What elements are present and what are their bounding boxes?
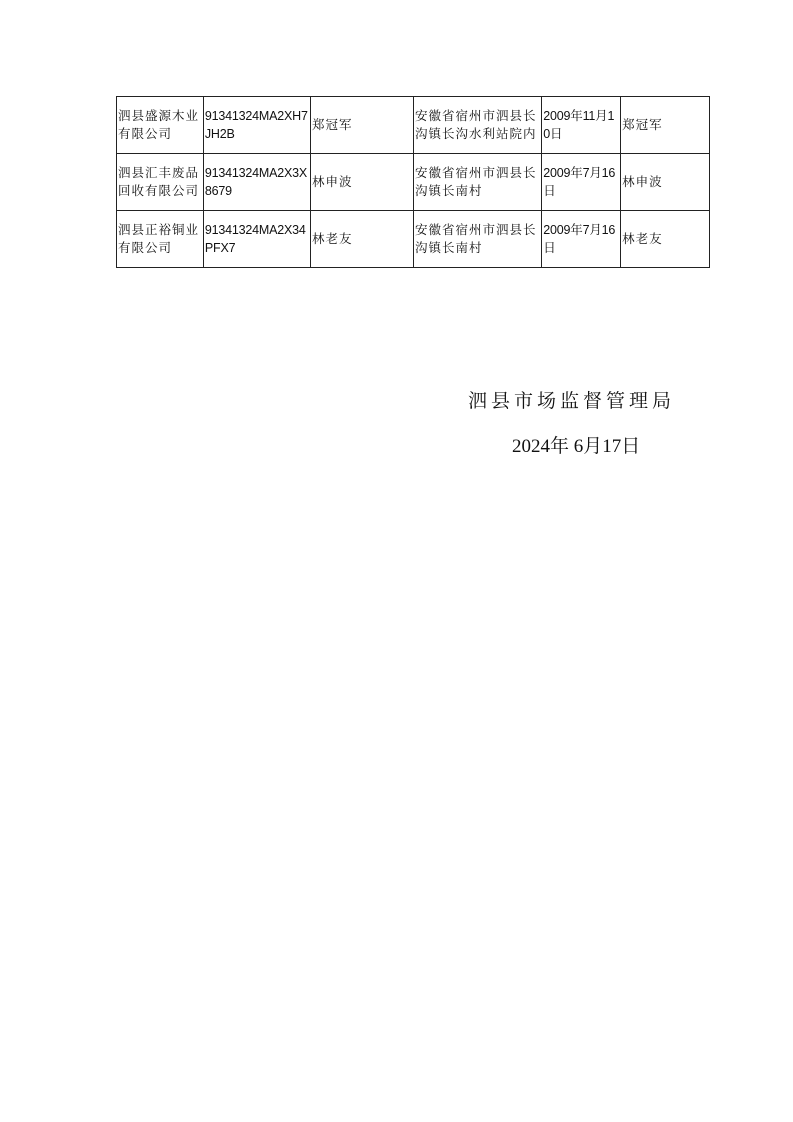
table-row: 泗县汇丰废品回收有限公司 91341324MA2X3X8679 林申波 安徽省宿… [117, 154, 710, 211]
company-name-cell: 泗县正裕铜业有限公司 [117, 211, 204, 268]
credit-code-cell: 91341324MA2X34PFX7 [203, 211, 310, 268]
issuing-authority: 泗县市场监督管理局 [468, 386, 675, 413]
address-cell: 安徽省宿州市泗县长沟镇长沟水利站院内 [413, 97, 541, 154]
operator-cell: 郑冠军 [621, 97, 710, 154]
established-date-cell: 2009年7月16日 [542, 211, 621, 268]
company-registry-table: 泗县盛源木业有限公司 91341324MA2XH7JH2B 郑冠军 安徽省宿州市… [116, 96, 710, 268]
address-cell: 安徽省宿州市泗县长沟镇长南村 [413, 211, 541, 268]
company-name-cell: 泗县汇丰废品回收有限公司 [117, 154, 204, 211]
address-cell: 安徽省宿州市泗县长沟镇长南村 [413, 154, 541, 211]
operator-cell: 林老友 [621, 211, 710, 268]
credit-code-cell: 91341324MA2X3X8679 [203, 154, 310, 211]
legal-rep-cell: 林申波 [310, 154, 413, 211]
established-date-cell: 2009年11月10日 [542, 97, 621, 154]
issue-date: 2024年 6月17日 [512, 431, 640, 458]
legal-rep-cell: 郑冠军 [310, 97, 413, 154]
company-name-cell: 泗县盛源木业有限公司 [117, 97, 204, 154]
credit-code-cell: 91341324MA2XH7JH2B [203, 97, 310, 154]
document-page: 泗县盛源木业有限公司 91341324MA2XH7JH2B 郑冠军 安徽省宿州市… [0, 0, 793, 1122]
table-row: 泗县盛源木业有限公司 91341324MA2XH7JH2B 郑冠军 安徽省宿州市… [117, 97, 710, 154]
operator-cell: 林申波 [621, 154, 710, 211]
table-row: 泗县正裕铜业有限公司 91341324MA2X34PFX7 林老友 安徽省宿州市… [117, 211, 710, 268]
legal-rep-cell: 林老友 [310, 211, 413, 268]
established-date-cell: 2009年7月16日 [542, 154, 621, 211]
